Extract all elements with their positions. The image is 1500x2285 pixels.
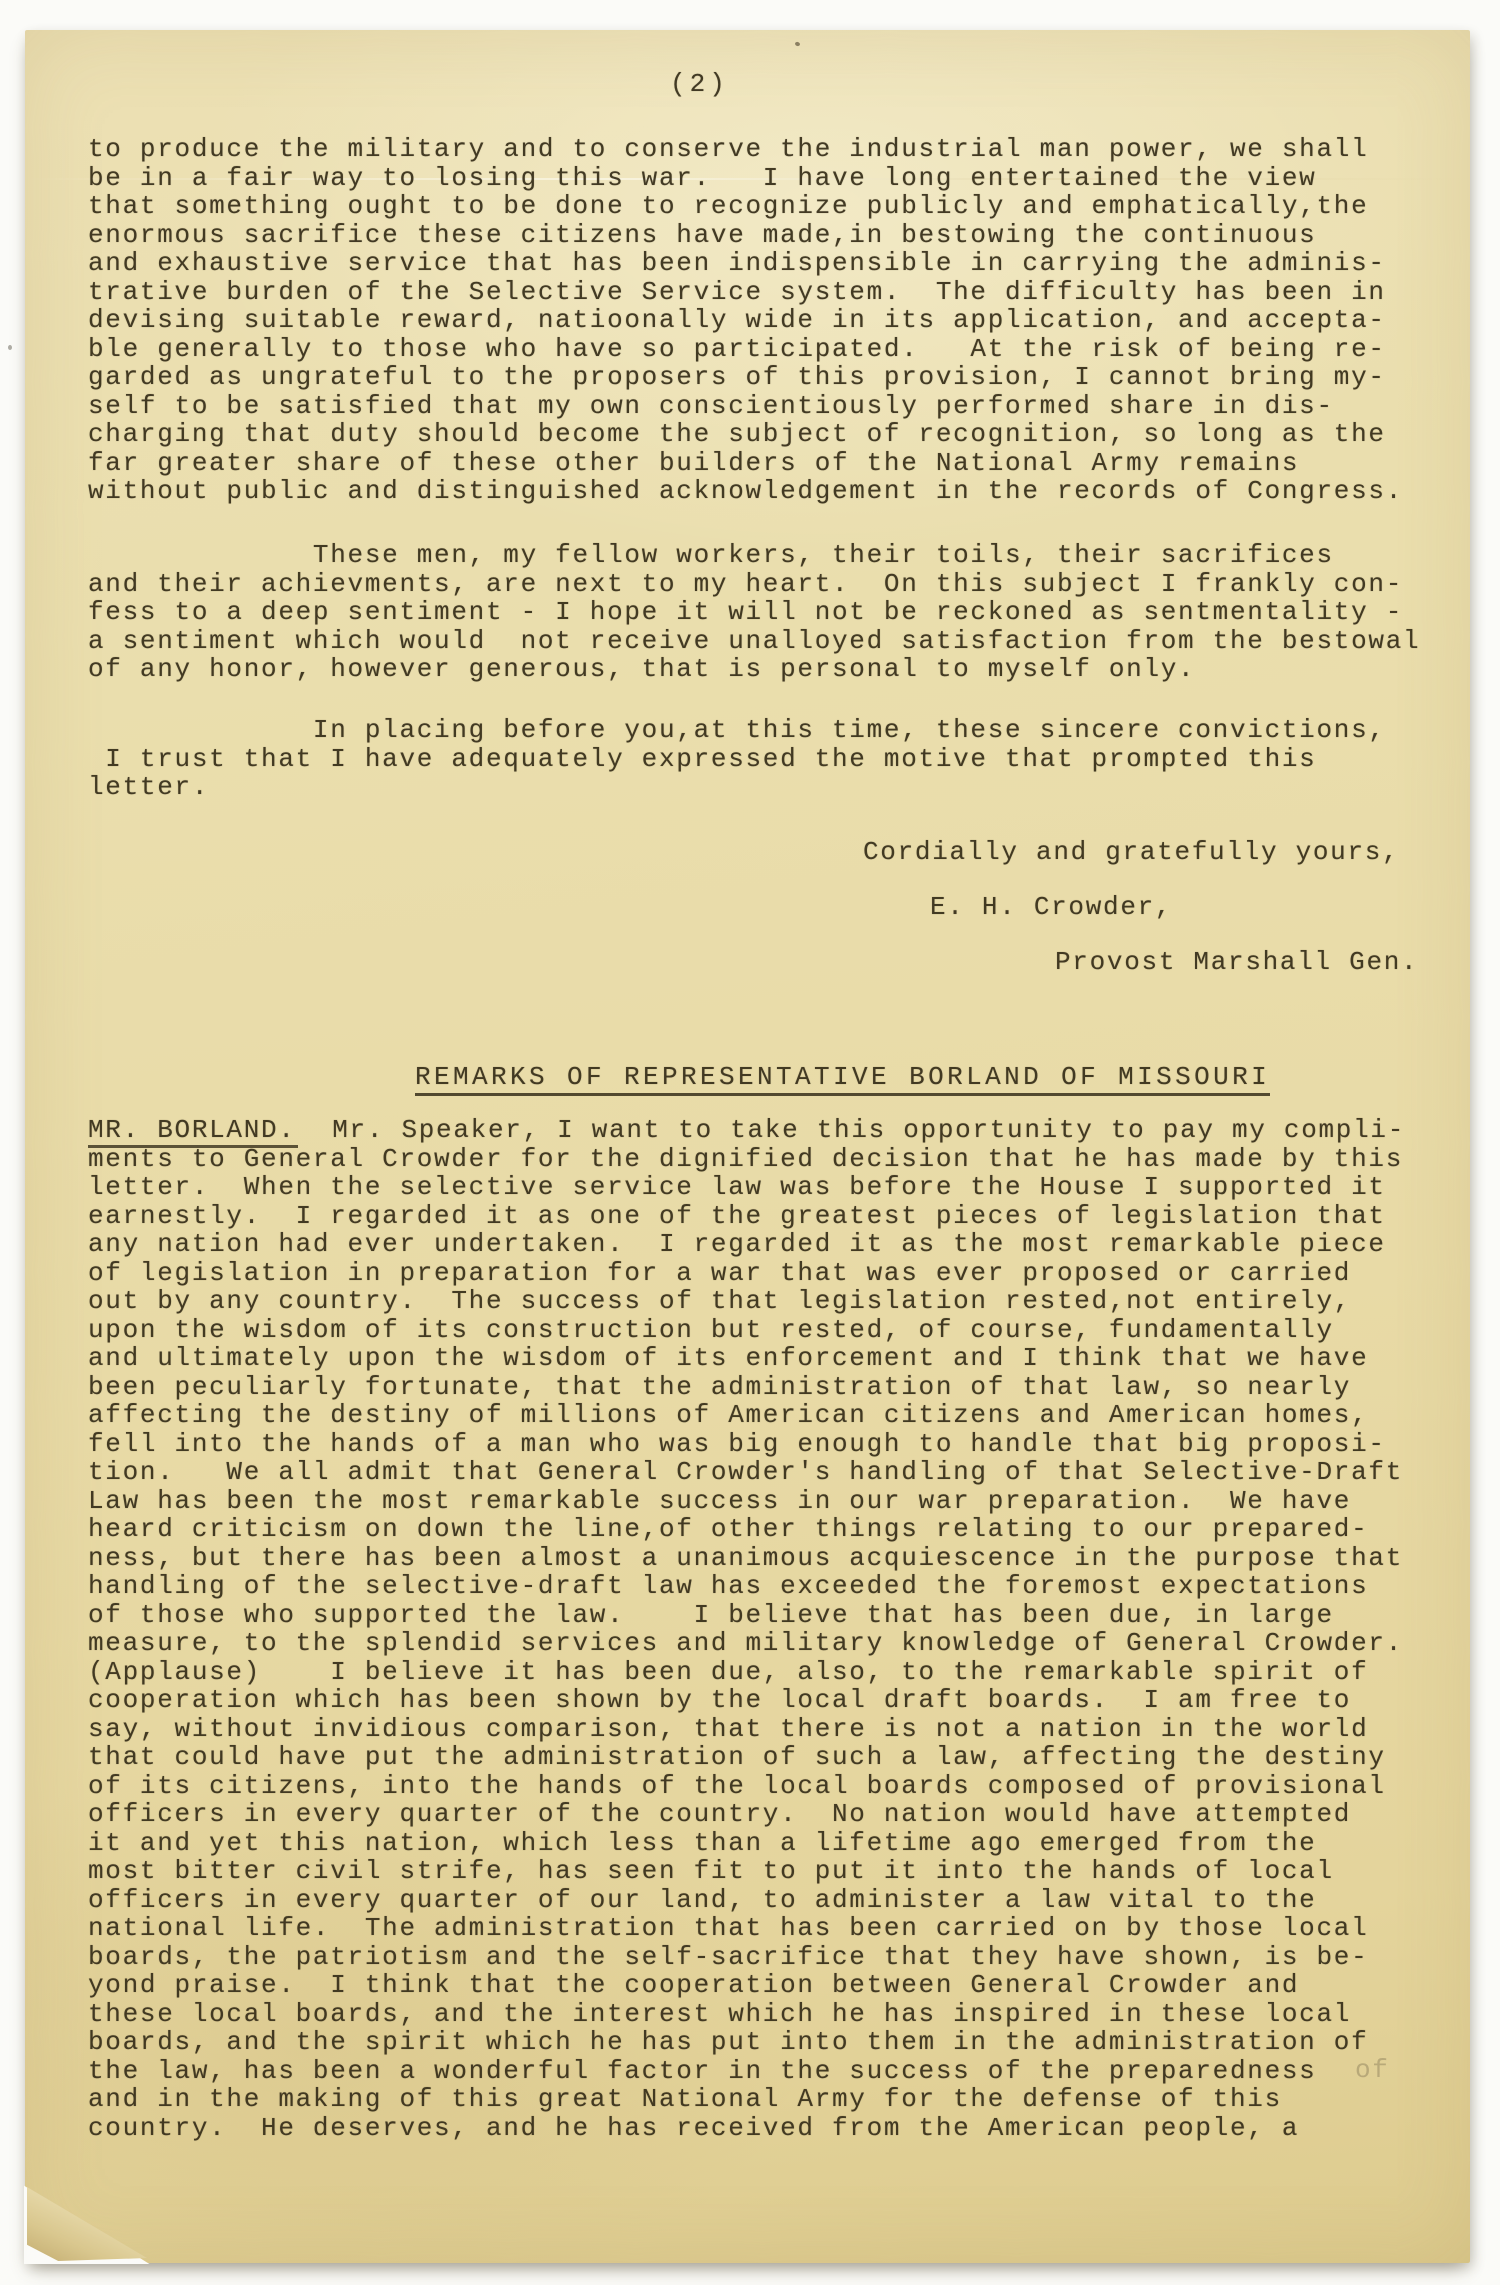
text-line: most bitter civil strife, has seen fit t… [88, 1857, 1405, 1886]
text-line: ments to General Crowder for the dignifi… [88, 1145, 1405, 1174]
page-number: (2) [670, 70, 729, 99]
signature-title: Provost Marshall Gen. [1055, 948, 1418, 977]
signature-name: E. H. Crowder, [930, 893, 1172, 922]
text-line: fell into the hands of a man who was big… [88, 1430, 1405, 1459]
text-line: officers in every quarter of our land, t… [88, 1886, 1405, 1915]
letter-paragraph-3: In placing before you,at this time, thes… [88, 716, 1386, 802]
letter-paragraph-1: to produce the military and to conserve … [88, 135, 1403, 506]
text-line: national life. The administration that h… [88, 1914, 1405, 1943]
faint-ghost-word: of [1355, 2056, 1390, 2085]
text-line: yond praise. I think that the cooperatio… [88, 1971, 1405, 2000]
text-line: I trust that I have adequately expressed… [88, 745, 1386, 774]
text-line: any nation had ever undertaken. I regard… [88, 1230, 1405, 1259]
text-line: These men, my fellow workers, their toil… [88, 541, 1420, 570]
text-line: say, without invidious comparison, that … [88, 1715, 1405, 1744]
text-line: of legislation in preparation for a war … [88, 1259, 1405, 1288]
text-line: the law, has been a wonderful factor in … [88, 2057, 1405, 2086]
text-line: that could have put the administration o… [88, 1743, 1405, 1772]
text-line: enormous sacrifice these citizens have m… [88, 221, 1403, 250]
text-line: and in the making of this great National… [88, 2085, 1405, 2114]
text-line: and their achievments, are next to my he… [88, 570, 1420, 599]
text-line: of its citizens, into the hands of the l… [88, 1772, 1405, 1801]
text-line: ness, but there has been almost a unanim… [88, 1544, 1405, 1573]
text-line: that something ought to be done to recog… [88, 192, 1403, 221]
remarks-lines: ments to General Crowder for the dignifi… [88, 1145, 1405, 2143]
text-line: tion. We all admit that General Crowder'… [88, 1458, 1405, 1487]
text-line: been peculiarly fortunate, that the admi… [88, 1373, 1405, 1402]
folded-corner-flap [27, 2187, 147, 2261]
text-line: upon the wisdom of its construction but … [88, 1316, 1405, 1345]
text-line: letter. [88, 773, 1386, 802]
text-line: far greater share of these other builder… [88, 449, 1403, 478]
text-line: country. He deserves, and he has receive… [88, 2114, 1405, 2143]
text-line: earnestly. I regarded it as one of the g… [88, 1202, 1405, 1231]
letter-page: (2) to produce the military and to conse… [25, 30, 1470, 2263]
text-line: devising suitable reward, natioonally wi… [88, 306, 1403, 335]
text-line: handling of the selective-draft law has … [88, 1572, 1405, 1601]
text-line: In placing before you,at this time, thes… [88, 716, 1386, 745]
letter-paragraph-2: These men, my fellow workers, their toil… [88, 541, 1420, 684]
text-line: Law has been the most remarkable success… [88, 1487, 1405, 1516]
ink-speck [8, 345, 12, 350]
text-line: measure, to the splendid services and mi… [88, 1629, 1405, 1658]
text-line: it and yet this nation, which less than … [88, 1829, 1405, 1858]
text-line: garded as ungrateful to the proposers of… [88, 363, 1403, 392]
text-line: (Applause) I believe it has been due, al… [88, 1658, 1405, 1687]
remarks-heading: REMARKS OF REPRESENTATIVE BORLAND OF MIS… [415, 1063, 1270, 1096]
text-line: fess to a deep sentiment - I hope it wil… [88, 598, 1420, 627]
text-line: boards, the patriotism and the self-sacr… [88, 1943, 1405, 1972]
text-line: these local boards, and the interest whi… [88, 2000, 1405, 2029]
text-line: without public and distinguished acknowl… [88, 477, 1403, 506]
text-line: and exhaustive service that has been ind… [88, 249, 1403, 278]
text-line: self to be satisfied that my own conscie… [88, 392, 1403, 421]
text-line: letter. When the selective service law w… [88, 1173, 1405, 1202]
text-line: be in a fair way to losing this war. I h… [88, 164, 1403, 193]
remarks-lead-line: MR. BORLAND. Mr. Speaker, I want to take… [88, 1116, 1405, 1145]
text-line: charging that duty should become the sub… [88, 420, 1403, 449]
text-line: affecting the destiny of millions of Ame… [88, 1401, 1405, 1430]
text-line: out by any country. The success of that … [88, 1287, 1405, 1316]
remarks-lead-rest: Mr. Speaker, I want to take this opportu… [298, 1115, 1405, 1145]
text-line: of any honor, however generous, that is … [88, 655, 1420, 684]
text-line: trative burden of the Selective Service … [88, 278, 1403, 307]
text-line: heard criticism on down the line,of othe… [88, 1515, 1405, 1544]
text-line: ble generally to those who have so parti… [88, 335, 1403, 364]
text-line: officers in every quarter of the country… [88, 1800, 1405, 1829]
text-line: of those who supported the law. I believ… [88, 1601, 1405, 1630]
text-line: cooperation which has been shown by the … [88, 1686, 1405, 1715]
text-line: boards, and the spirit which he has put … [88, 2028, 1405, 2057]
closing-line: Cordially and gratefully yours, [863, 838, 1399, 867]
text-line: a sentiment which would not receive unal… [88, 627, 1420, 656]
text-line: to produce the military and to conserve … [88, 135, 1403, 164]
text-line: and ultimately upon the wisdom of its en… [88, 1344, 1405, 1373]
remarks-paragraph: MR. BORLAND. Mr. Speaker, I want to take… [88, 1116, 1405, 2142]
